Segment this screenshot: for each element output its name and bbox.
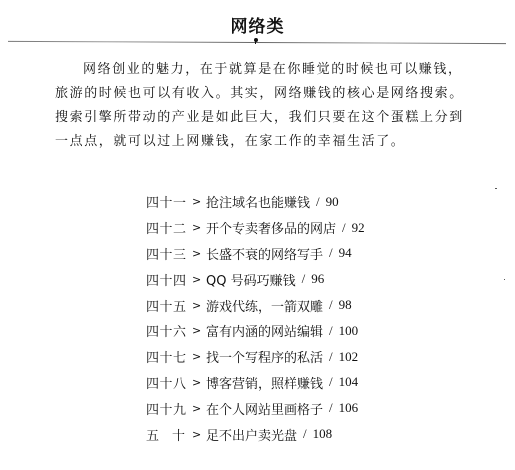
toc-entry[interactable]: 五 十 > 足不出户卖光盘 / 108: [146, 421, 365, 447]
page-number: 106: [339, 400, 359, 416]
page-number: 94: [339, 245, 352, 261]
chapter-number: 四十七: [146, 347, 192, 366]
chapter-number: 四十八: [146, 373, 192, 392]
separator: /: [329, 245, 333, 261]
arrow-icon: >: [192, 402, 206, 415]
arrow-icon: >: [192, 273, 206, 286]
arrow-icon: >: [192, 221, 206, 234]
chapter-number: 四十五: [146, 296, 192, 315]
arrow-icon: >: [192, 376, 206, 389]
toc-entry[interactable]: 四十六 > 富有内涵的网站编辑 / 100: [146, 318, 365, 344]
chapter-number: 四十九: [146, 399, 192, 418]
scan-speck: [504, 279, 505, 280]
chapter-title: 抢注域名也能赚钱: [206, 192, 310, 211]
arrow-icon: >: [192, 324, 206, 337]
separator: /: [329, 374, 333, 390]
chapter-number: 五 十: [146, 425, 192, 444]
separator: /: [342, 220, 346, 236]
scan-speck: [495, 188, 497, 189]
page-number: 96: [311, 271, 324, 287]
separator: /: [303, 426, 307, 442]
toc-entry[interactable]: 四十四 > QQ 号码巧赚钱 / 96: [146, 266, 365, 292]
chapter-title: 找一个写程序的私活: [206, 347, 323, 366]
separator: /: [316, 194, 320, 210]
chapter-title: 富有内涵的网站编辑: [206, 321, 323, 340]
table-of-contents: 四十一 > 抢注域名也能赚钱 / 90 四十二 > 开个专卖奢侈品的网店 / 9…: [146, 189, 365, 447]
separator: /: [329, 297, 333, 313]
toc-entry[interactable]: 四十九 > 在个人网站里画格子 / 106: [146, 395, 365, 421]
page-number: 100: [339, 323, 359, 339]
page-number: 104: [339, 374, 359, 390]
separator: /: [302, 271, 306, 287]
intro-section: 网络创业的魅力，在于就算是在你睡觉的时候也可以赚钱，旅游的时候也可以有收入。其实…: [55, 58, 475, 154]
toc-entry[interactable]: 四十七 > 找一个写程序的私活 / 102: [146, 344, 365, 370]
chapter-number: 四十二: [146, 218, 192, 237]
chapter-title: 足不出户卖光盘: [206, 425, 297, 444]
chapter-title: 在个人网站里画格子: [206, 399, 323, 418]
separator: /: [329, 400, 333, 416]
chapter-title: 开个专卖奢侈品的网店: [206, 218, 336, 237]
section-title: 网络类: [0, 12, 515, 37]
chapter-title: 博客营销，照样赚钱: [206, 373, 323, 392]
chapter-title: 长盛不衰的网络写手: [206, 244, 323, 263]
separator: /: [329, 323, 333, 339]
chapter-number: 四十六: [146, 321, 192, 340]
toc-entry[interactable]: 四十五 > 游戏代练，一箭双雕 / 98: [146, 292, 365, 318]
page-number: 98: [339, 297, 352, 313]
page-number: 90: [326, 194, 339, 210]
arrow-icon: >: [192, 299, 206, 312]
chapter-title: QQ 号码巧赚钱: [206, 270, 296, 289]
toc-entry[interactable]: 四十一 > 抢注域名也能赚钱 / 90: [146, 189, 365, 215]
page-number: 108: [313, 426, 333, 442]
arrow-icon: >: [192, 428, 206, 441]
chapter-number: 四十一: [146, 192, 192, 211]
page-number: 92: [352, 220, 365, 236]
toc-entry[interactable]: 四十三 > 长盛不衰的网络写手 / 94: [146, 241, 365, 267]
chapter-title: 游戏代练，一箭双雕: [206, 296, 323, 315]
intro-paragraph: 网络创业的魅力，在于就算是在你睡觉的时候也可以赚钱，旅游的时候也可以有收入。其实…: [55, 58, 475, 154]
chapter-number: 四十三: [146, 244, 192, 263]
toc-entry[interactable]: 四十八 > 博客营销，照样赚钱 / 104: [146, 370, 365, 396]
divider-ornament-dot: [254, 38, 258, 42]
toc-entry[interactable]: 四十二 > 开个专卖奢侈品的网店 / 92: [146, 215, 365, 241]
arrow-icon: >: [192, 350, 206, 363]
page-number: 102: [339, 349, 359, 365]
separator: /: [329, 349, 333, 365]
chapter-number: 四十四: [146, 270, 192, 289]
arrow-icon: >: [192, 247, 206, 260]
arrow-icon: >: [192, 195, 206, 208]
